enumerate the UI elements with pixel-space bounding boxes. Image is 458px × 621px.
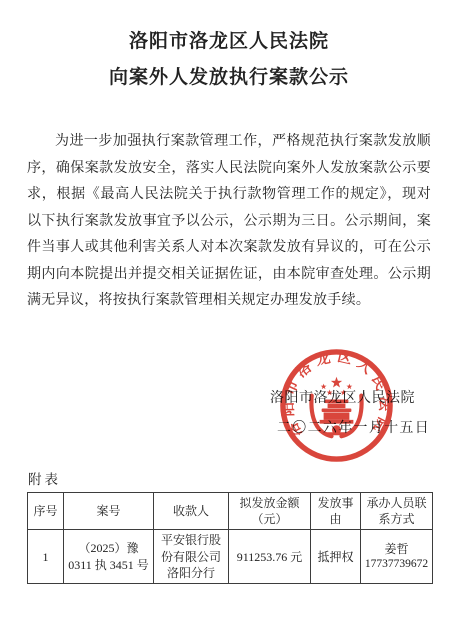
document-title-subject: 向案外人发放执行案款公示 xyxy=(0,62,458,89)
signature-date: 二〇二六年一月十五日 xyxy=(277,417,430,437)
header-reason: 发放事由 xyxy=(311,493,361,530)
header-amount: 拟发放金额（元） xyxy=(229,493,311,530)
header-payee: 收款人 xyxy=(154,493,229,530)
header-contact: 承办人员联系方式 xyxy=(361,493,433,530)
table-header-row: 序号 案号 收款人 拟发放金额（元） 发放事由 承办人员联系方式 xyxy=(28,493,433,530)
cell-amount: 911253.76 元 xyxy=(229,530,311,584)
header-case-no: 案号 xyxy=(64,493,154,530)
document-title-court: 洛阳市洛龙区人民法院 xyxy=(0,26,458,53)
court-notice-page: 洛阳市洛龙区人民法院 向案外人发放执行案款公示 为进一步加强执行案款管理工作，严… xyxy=(0,0,458,621)
attachment-table-label: 附表 xyxy=(28,468,61,488)
table-row: 1 （2025）豫0311 执 3451 号 平安银行股份有限公司洛阳分行 91… xyxy=(28,530,433,584)
cell-reason: 抵押权 xyxy=(311,530,361,584)
cell-contact: 姜哲 17737739672 xyxy=(361,530,433,584)
cell-case-no: （2025）豫0311 执 3451 号 xyxy=(64,530,154,584)
header-seq: 序号 xyxy=(28,493,64,530)
cell-seq: 1 xyxy=(28,530,64,584)
cell-payee: 平安银行股份有限公司洛阳分行 xyxy=(154,530,229,584)
contact-phone: 17737739672 xyxy=(364,557,429,573)
contact-name: 姜哲 xyxy=(364,541,429,557)
notice-body-paragraph: 为进一步加强执行案款管理工作，严格规范执行案款发放顺序，确保案款发放安全，落实人… xyxy=(27,129,431,315)
case-funds-table: 序号 案号 收款人 拟发放金额（元） 发放事由 承办人员联系方式 1 （2025… xyxy=(27,492,433,584)
signature-court-name: 洛阳市洛龙区人民法院 xyxy=(270,387,415,407)
